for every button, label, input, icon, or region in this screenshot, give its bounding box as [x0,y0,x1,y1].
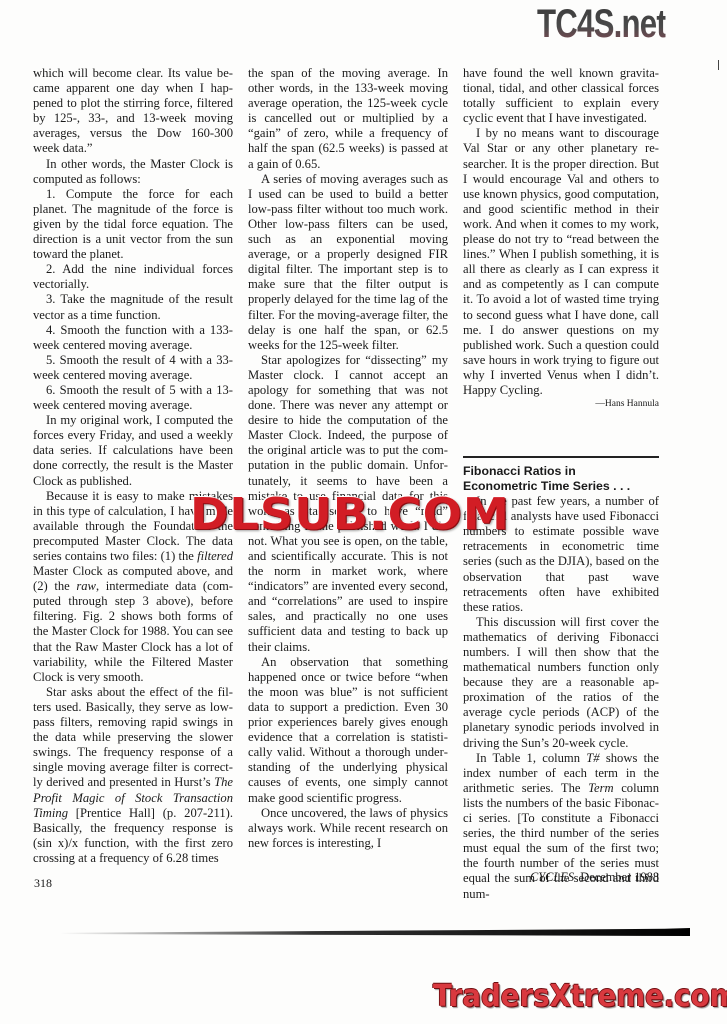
paragraph: An observation that something happened o… [248,655,448,806]
paragraph: Star asks about the effect of the fil­te… [33,685,233,866]
text-run: , intermediate data (com­puted through s… [33,579,233,684]
list-item: 3. Take the magnitude of the result vect… [33,292,233,322]
watermark-dlsub: DLSUB.COM [190,490,510,540]
watermark-tradersxtreme: TradersXtreme.com [433,980,727,1014]
italic-text: filtered [197,549,233,563]
list-item: 2. Add the nine individual forces vector… [33,262,233,292]
text-run: In Table 1, column [476,751,586,765]
scanned-page: which will become clear. Its value be­ca… [0,0,727,1024]
issue-date: December 1988 [580,870,659,884]
author-signature: —Hans Hannula [463,398,659,410]
page-number: 318 [34,876,52,891]
italic-text: raw [76,579,96,593]
paragraph: have found the well known gravita­tional… [463,66,659,126]
column-2: the span of the moving average. In other… [248,66,448,851]
section-divider [463,456,659,458]
paragraph: the span of the moving average. In other… [248,66,448,172]
watermark-tc4s: TC4S.net [537,2,666,47]
list-item: 5. Smooth the result of 4 with a 33-week… [33,353,233,383]
paragraph: In other words, the Master Clock is comp… [33,157,233,187]
list-item: 1. Compute the force for each planet. Th… [33,187,233,262]
paragraph: I by no means want to discourage Val Sta… [463,126,659,398]
scan-edge-mark [718,60,719,70]
paragraph: In my original work, I computed the forc… [33,413,233,488]
running-footer: CYCLES December 1988 [530,870,659,885]
italic-text: T# [586,751,599,765]
paragraph: This discussion will first cover the mat… [463,615,659,751]
publication-name: CYCLES [530,870,574,884]
paragraph: which will become clear. Its value be­ca… [33,66,233,157]
heading-line-1: Fibonacci Ratios in [463,464,576,478]
italic-text: Term [588,781,613,795]
paragraph: A series of moving averages such as I us… [248,172,448,353]
scan-edge-shadow [60,928,690,936]
paragraph: Once uncovered, the laws of physics alwa… [248,806,448,851]
text-run: Star asks about the effect of the fil­te… [33,685,233,790]
list-item: 6. Smooth the result of 5 with a 13-week… [33,383,233,413]
column-3: have found the well known gravita­tional… [463,66,659,902]
column-1: which will become clear. Its value be­ca… [33,66,233,866]
list-item: 4. Smooth the function with a 133-week c… [33,323,233,353]
